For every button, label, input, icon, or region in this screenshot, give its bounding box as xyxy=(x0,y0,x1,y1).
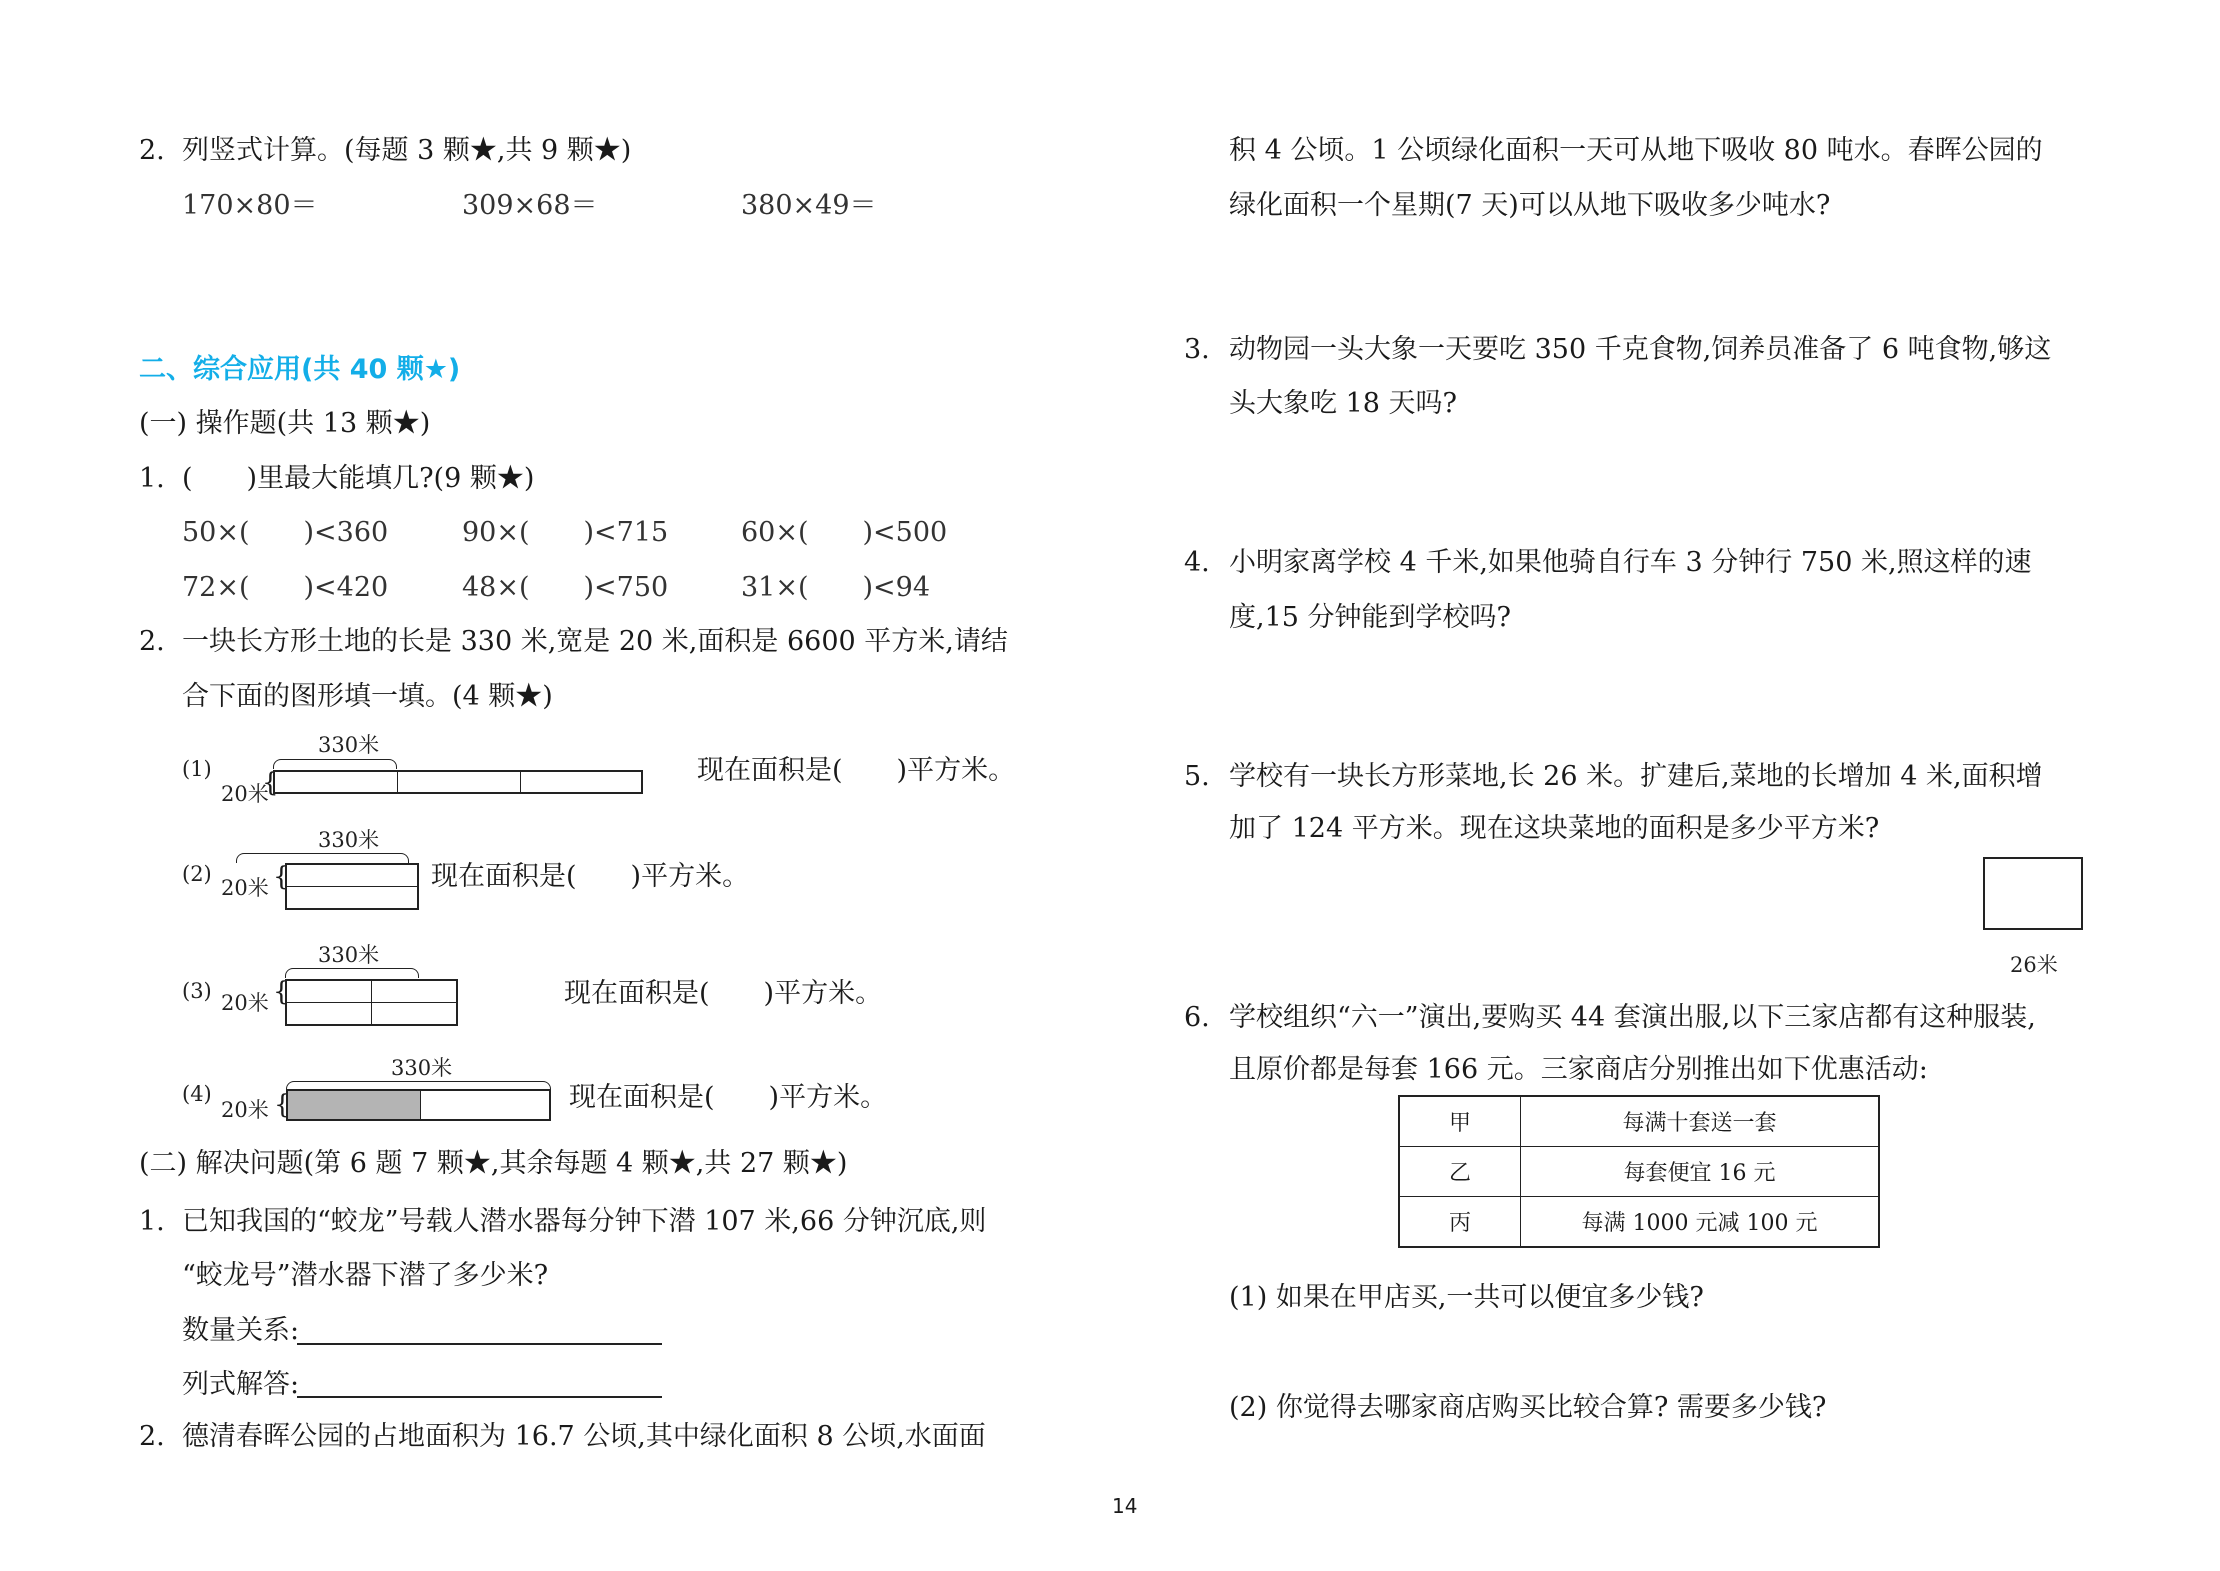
question-number: 4. xyxy=(1184,546,1210,580)
figure-label: (1) xyxy=(182,757,212,781)
question-title: 列竖式计算。(每题 3 颗★,共 9 颗★) xyxy=(182,134,631,168)
page-number: 14 xyxy=(1112,1494,1137,1518)
inequality: 48×( )<750 xyxy=(462,571,668,605)
field-rectangle xyxy=(286,1089,551,1121)
question-text: 加了 124 平方米。现在这块菜地的面积是多少平方米? xyxy=(1229,812,1879,846)
figure-label: (2) xyxy=(182,862,212,886)
question-text: 学校有一块长方形菜地,长 26 米。扩建后,菜地的长增加 4 米,面积增 xyxy=(1229,760,2043,794)
length-label: 330米 xyxy=(318,733,379,757)
question-text: “蛟龙号”潜水器下潜了多少米? xyxy=(182,1259,548,1293)
field-rectangle xyxy=(285,979,458,1026)
sub-question: (1) 如果在甲店买,一共可以便宜多少钱? xyxy=(1229,1281,1704,1315)
answer-blank-text: 现在面积是( )平方米。 xyxy=(431,860,749,894)
section-heading: 二、综合应用(共 40 颗★) xyxy=(139,353,460,387)
subsection-title: (一) 操作题(共 13 颗★) xyxy=(139,407,430,441)
width-label: 20米 xyxy=(221,991,269,1015)
question-number: 2. xyxy=(139,1420,165,1454)
sub-question: (2) 你觉得去哪家商店购买比较合算? 需要多少钱? xyxy=(1229,1391,1826,1425)
shop-name: 乙 xyxy=(1399,1147,1521,1197)
calc-expression: 309×68＝ xyxy=(462,189,598,223)
shaded-region xyxy=(288,1091,420,1119)
calc-expression: 170×80＝ xyxy=(182,189,318,223)
question-text: 度,15 分钟能到学校吗? xyxy=(1229,601,1511,635)
discount-table: 甲 每满十套送一套 乙 每套便宜 16 元 丙 每满 1000 元减 100 元 xyxy=(1398,1095,1880,1248)
length-label: 330米 xyxy=(318,943,379,967)
answer-blank-text: 现在面积是( )平方米。 xyxy=(564,977,882,1011)
question-text: 小明家离学校 4 千米,如果他骑自行车 3 分钟行 750 米,照这样的速 xyxy=(1229,546,2032,580)
width-label: 20米 xyxy=(221,1098,269,1122)
shop-name: 甲 xyxy=(1399,1096,1521,1147)
question-text: 绿化面积一个星期(7 天)可以从地下吸收多少吨水? xyxy=(1229,189,1830,223)
field-rectangle xyxy=(285,863,419,910)
answer-blank-text: 现在面积是( )平方米。 xyxy=(569,1081,887,1115)
shop-name: 丙 xyxy=(1399,1197,1521,1248)
shop-offer: 每满 1000 元减 100 元 xyxy=(1521,1197,1880,1248)
table-row: 乙 每套便宜 16 元 xyxy=(1399,1147,1879,1197)
table-row: 丙 每满 1000 元减 100 元 xyxy=(1399,1197,1879,1248)
solution-label: 列式解答: xyxy=(182,1368,299,1402)
length-brace xyxy=(285,968,419,978)
question-number: 1. xyxy=(139,1205,165,1239)
shop-offer: 每套便宜 16 元 xyxy=(1521,1147,1880,1197)
question-text: 且原价都是每套 166 元。三家商店分别推出如下优惠活动: xyxy=(1229,1053,1928,1087)
inequality: 50×( )<360 xyxy=(182,516,388,550)
question-text: 一块长方形土地的长是 330 米,宽是 20 米,面积是 6600 平方米,请结 xyxy=(182,625,1008,659)
subsection-title: (二) 解决问题(第 6 题 7 颗★,其余每题 4 颗★,共 27 颗★) xyxy=(139,1147,847,1181)
figure-label: (4) xyxy=(182,1082,212,1106)
width-label: 20米 xyxy=(221,876,269,900)
question-text: 动物园一头大象一天要吃 350 千克食物,饲养员准备了 6 吨食物,够这 xyxy=(1229,333,2051,367)
length-brace xyxy=(273,759,397,769)
length-brace xyxy=(236,853,409,863)
question-text: 德清春晖公园的占地面积为 16.7 公顷,其中绿化面积 8 公顷,水面面 xyxy=(182,1420,986,1454)
calc-expression: 380×49＝ xyxy=(741,189,877,223)
relation-label: 数量关系: xyxy=(182,1314,299,1348)
question-number: 5. xyxy=(1184,760,1210,794)
garden-rectangle xyxy=(1983,857,2083,930)
question-text: 合下面的图形填一填。(4 颗★) xyxy=(182,680,553,714)
solution-answer-line[interactable] xyxy=(297,1396,662,1398)
inequality: 60×( )<500 xyxy=(741,516,947,550)
length-label: 330米 xyxy=(318,828,379,852)
question-text: 头大象吃 18 天吗? xyxy=(1229,387,1457,421)
question-text: 已知我国的“蛟龙”号载人潜水器每分钟下潜 107 米,66 分钟沉底,则 xyxy=(182,1205,986,1239)
question-text: 学校组织“六一”演出,要购买 44 套演出服,以下三家店都有这种服装, xyxy=(1229,1001,2036,1035)
question-text: 积 4 公顷。1 公顷绿化面积一天可从地下吸收 80 吨水。春晖公园的 xyxy=(1229,134,2043,168)
question-number: 2. xyxy=(139,134,165,168)
shop-offer: 每满十套送一套 xyxy=(1521,1096,1880,1147)
relation-answer-line[interactable] xyxy=(297,1343,662,1345)
length-label: 26米 xyxy=(2010,953,2058,977)
field-rectangle xyxy=(273,770,643,794)
question-number: 6. xyxy=(1184,1001,1210,1035)
question-title: ( )里最大能填几?(9 颗★) xyxy=(182,462,534,496)
inequality: 90×( )<715 xyxy=(462,516,668,550)
inequality: 72×( )<420 xyxy=(182,571,388,605)
answer-blank-text: 现在面积是( )平方米。 xyxy=(697,754,1015,788)
inequality: 31×( )<94 xyxy=(741,571,930,605)
length-label: 330米 xyxy=(391,1056,452,1080)
figure-label: (3) xyxy=(182,979,212,1003)
question-number: 3. xyxy=(1184,333,1210,367)
table-row: 甲 每满十套送一套 xyxy=(1399,1096,1879,1147)
question-number: 1. xyxy=(139,462,165,496)
question-number: 2. xyxy=(139,625,165,659)
